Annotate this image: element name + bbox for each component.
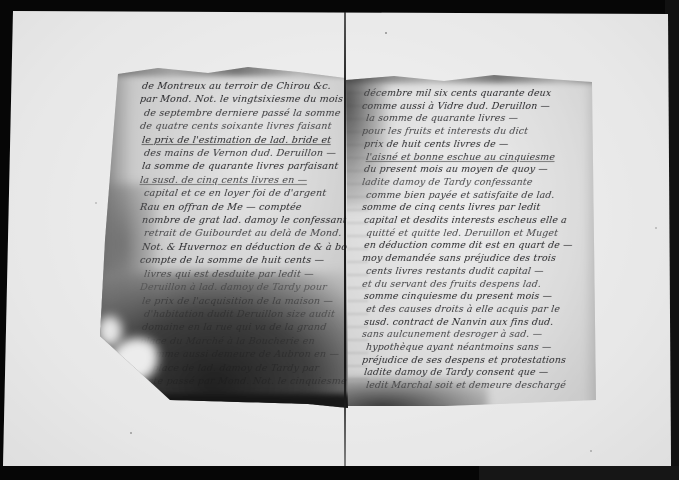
right-page: décembre mil six cents quarante deux com…: [344, 72, 600, 412]
handwriting-line: quitté et quitte led. Deruillon et Muget: [365, 228, 599, 241]
handwriting-line: comme bien payée et satisfaite de lad.: [365, 190, 599, 203]
handwriting-line: de Montreux au terroir de Chirou &c.: [141, 80, 349, 93]
handwriting-line: la somme de quarante livres parfaisant: [141, 160, 349, 173]
handwriting-line: Not. & Huvernoz en déduction de & à bon …: [141, 241, 349, 254]
handwriting-line: Rau en offran de Me — comptée: [139, 201, 349, 214]
handwriting-line: par Mond. Not. le vingtsixiesme du mois: [139, 93, 349, 106]
microfilm-photo-frame: de Montreux au terroir de Chirou &c. par…: [0, 0, 679, 480]
handwriting-line: susd. contract de Nanvin aux fins dud.: [363, 317, 599, 330]
handwriting-line: en déduction comme dit est en quart de —: [363, 240, 599, 253]
dust-speck: [130, 432, 132, 434]
handwriting-line: hypothèque ayant néantmoins sans —: [365, 342, 599, 355]
left-page: de Montreux au terroir de Chirou &c. par…: [98, 64, 350, 412]
handwriting-line: préjudice de ses despens et protestation…: [361, 355, 599, 368]
handwriting-line: de quatre cents soixante livres faisant: [139, 120, 349, 133]
handwriting-line: de septembre derniere passé la somme ✱✱: [143, 107, 349, 120]
handwriting-line: et du servant des fruits despens lad.: [361, 279, 599, 292]
gutter-smudge-stain: [344, 72, 386, 206]
handwriting-line: cents livres restants dudit capital —: [365, 266, 599, 279]
handwriting-line: retrait de Guibourdet au delà de Mond.: [143, 227, 349, 240]
photo-background: de Montreux au terroir de Chirou &c. par…: [0, 0, 679, 480]
handwriting-line: l'aisné et bonne eschue au cinquiesme: [365, 152, 599, 165]
handwriting-line: sans aulcunement desroger à sad. —: [361, 329, 599, 342]
handwriting-line: décembre mil six cents quarante deux: [363, 88, 599, 101]
handwriting-line: compte de la somme de huit cents —: [139, 254, 349, 267]
book-gutter-line: [344, 11, 346, 466]
handwriting-line: ladite damoy de Tardy confessante: [361, 177, 599, 190]
handwriting-line: moy demandée sans préjudice des trois: [361, 253, 599, 266]
handwriting-line: somme cinquiesme du present mois —: [363, 291, 599, 304]
film-edge-bottom: [479, 466, 679, 480]
handwriting-line: comme aussi à Vidre dud. Deruillon —: [361, 101, 599, 114]
handwriting-line: du present mois au moyen de quoy —: [363, 164, 599, 177]
handwriting-line: la somme de quarante livres —: [365, 113, 599, 126]
handwriting-line: capital et desdits interests escheus ell…: [363, 215, 599, 228]
handwriting-line: nombre de grat lad. damoy le confessant: [141, 214, 349, 227]
handwriting-line: la susd. de cinq cents livres en —: [139, 174, 349, 187]
right-page-text: décembre mil six cents quarante deux com…: [362, 88, 598, 393]
handwriting-line: pour les fruits et interests du dict: [361, 126, 599, 139]
handwriting-line: et des causes droits à elle acquis par l…: [365, 304, 599, 317]
handwriting-line: des mains de Vernon dud. Deruillon —: [143, 147, 349, 160]
handwriting-line: capital et ce en loyer foi de d'argent: [143, 187, 349, 200]
handwriting-line: somme de cinq cents livres par ledit: [361, 202, 599, 215]
handwriting-line: prix de huit cents livres de —: [363, 139, 599, 152]
handwriting-line: le prix de l'estimation de lad. bride et: [141, 134, 349, 147]
